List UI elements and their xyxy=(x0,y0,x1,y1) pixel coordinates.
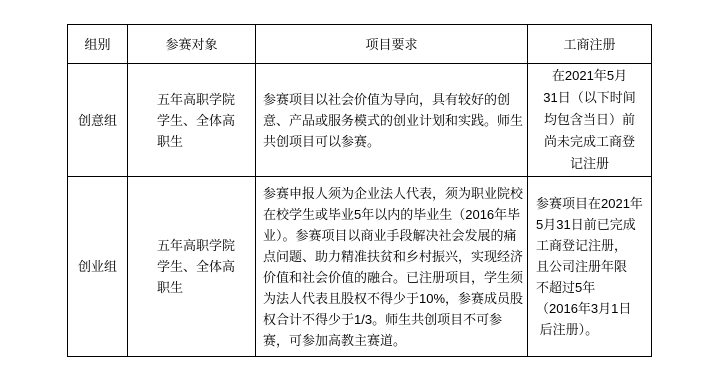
registration-line: 工商登记注册， xyxy=(536,235,649,256)
header-cell-group: 组别 xyxy=(68,25,128,64)
registration-line: 且公司注册年限 xyxy=(536,256,649,277)
registration-line: 均包含当日）前 xyxy=(532,109,647,131)
registration-line: 尚未完成工商登 xyxy=(532,131,647,153)
registration-line: 后注册）。 xyxy=(536,319,649,340)
header-row: 组别 参赛对象 项目要求 工商注册 xyxy=(68,25,652,64)
table-row-startup-group: 创业组 五年高职学院学生、全体高职生 参赛申报人须为企业法人代表，须为职业院校在… xyxy=(68,177,652,357)
header-cell-requirements: 项目要求 xyxy=(256,25,528,64)
requirements-cell: 参赛申报人须为企业法人代表，须为职业院校在校学生或毕业5年以内的毕业生（2016… xyxy=(256,177,528,357)
registration-line: （2016年3月1日 xyxy=(536,298,649,319)
competition-groups-table: 组别 参赛对象 项目要求 工商注册 创意组 五年高职学院学生、全体高职生 参赛项… xyxy=(67,24,652,357)
registration-line: 记注册 xyxy=(532,153,647,175)
header-cell-registration: 工商注册 xyxy=(528,25,652,64)
registration-line: 参赛项目在2021年 xyxy=(536,193,649,214)
participants-cell: 五年高职学院学生、全体高职生 xyxy=(128,177,256,357)
registration-line: 在2021年5月 xyxy=(532,65,647,87)
header-cell-participants: 参赛对象 xyxy=(128,25,256,64)
registration-line: 31日（以下时间 xyxy=(532,87,647,109)
registration-line: 不超过5年 xyxy=(536,277,649,298)
registration-cell: 在2021年5月 31日（以下时间 均包含当日）前 尚未完成工商登 记注册 xyxy=(528,64,652,177)
registration-cell: 参赛项目在2021年 5月31日前已完成 工商登记注册， 且公司注册年限 不超过… xyxy=(528,177,652,357)
group-name-cell: 创业组 xyxy=(68,177,128,357)
document-page: 组别 参赛对象 项目要求 工商注册 创意组 五年高职学院学生、全体高职生 参赛项… xyxy=(0,0,728,378)
registration-line: 5月31日前已完成 xyxy=(536,214,649,235)
participants-cell: 五年高职学院学生、全体高职生 xyxy=(128,64,256,177)
table-row-creative-group: 创意组 五年高职学院学生、全体高职生 参赛项目以社会价值为导向，具有较好的创意、… xyxy=(68,64,652,177)
requirements-cell: 参赛项目以社会价值为导向，具有较好的创意、产品或服务模式的创业计划和实践。师生共… xyxy=(256,64,528,177)
group-name-cell: 创意组 xyxy=(68,64,128,177)
